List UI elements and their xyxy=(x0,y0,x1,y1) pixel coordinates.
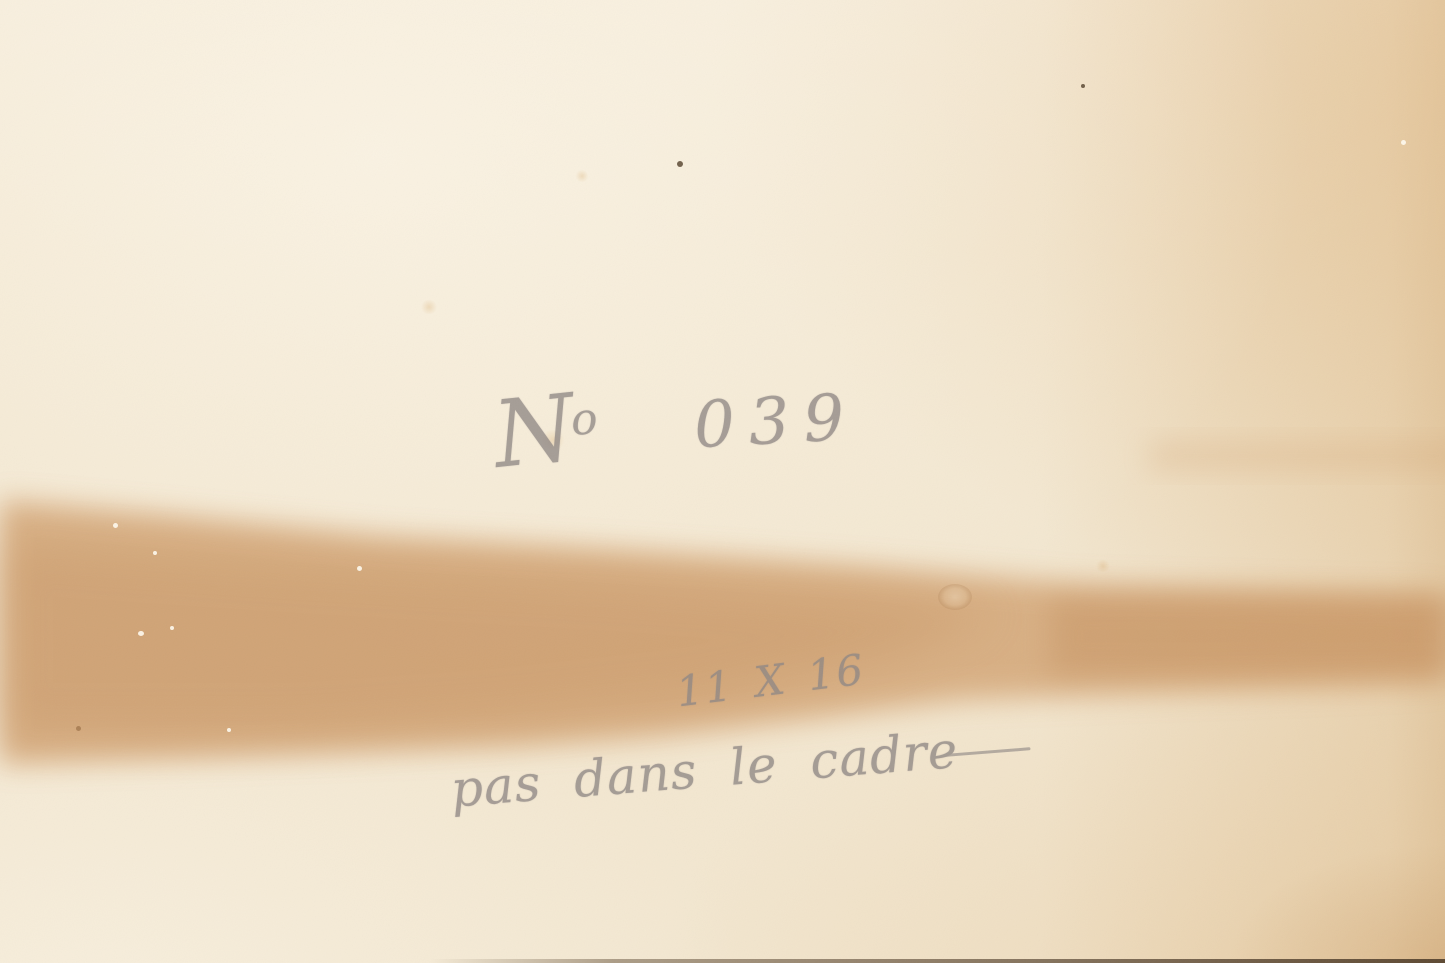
paper-speck xyxy=(227,728,231,732)
handwritten-number-value: 039 xyxy=(692,386,859,459)
paper-speck xyxy=(1081,84,1085,88)
handwritten-number-superscript: o xyxy=(569,397,599,443)
paper-speck xyxy=(153,551,157,555)
paper-speck xyxy=(76,726,81,731)
sheet-bottom-edge xyxy=(430,959,1445,963)
stain-streak-upper-right xyxy=(1150,443,1445,469)
photo-verso-sheet: N o 039 11 X 16 pas dans le cadre xyxy=(0,0,1445,963)
paper-speck xyxy=(113,523,118,528)
stain-band-right-core xyxy=(1050,596,1445,676)
handwritten-number-prefix: N xyxy=(489,382,579,482)
paper-speck xyxy=(170,626,174,630)
paper-blemish-ring xyxy=(938,584,972,610)
paper-speck xyxy=(138,631,144,636)
paper-speck xyxy=(357,566,362,571)
paper-speck xyxy=(677,161,683,167)
stain-band-layer xyxy=(0,0,1445,963)
paper-speck xyxy=(1401,140,1406,145)
